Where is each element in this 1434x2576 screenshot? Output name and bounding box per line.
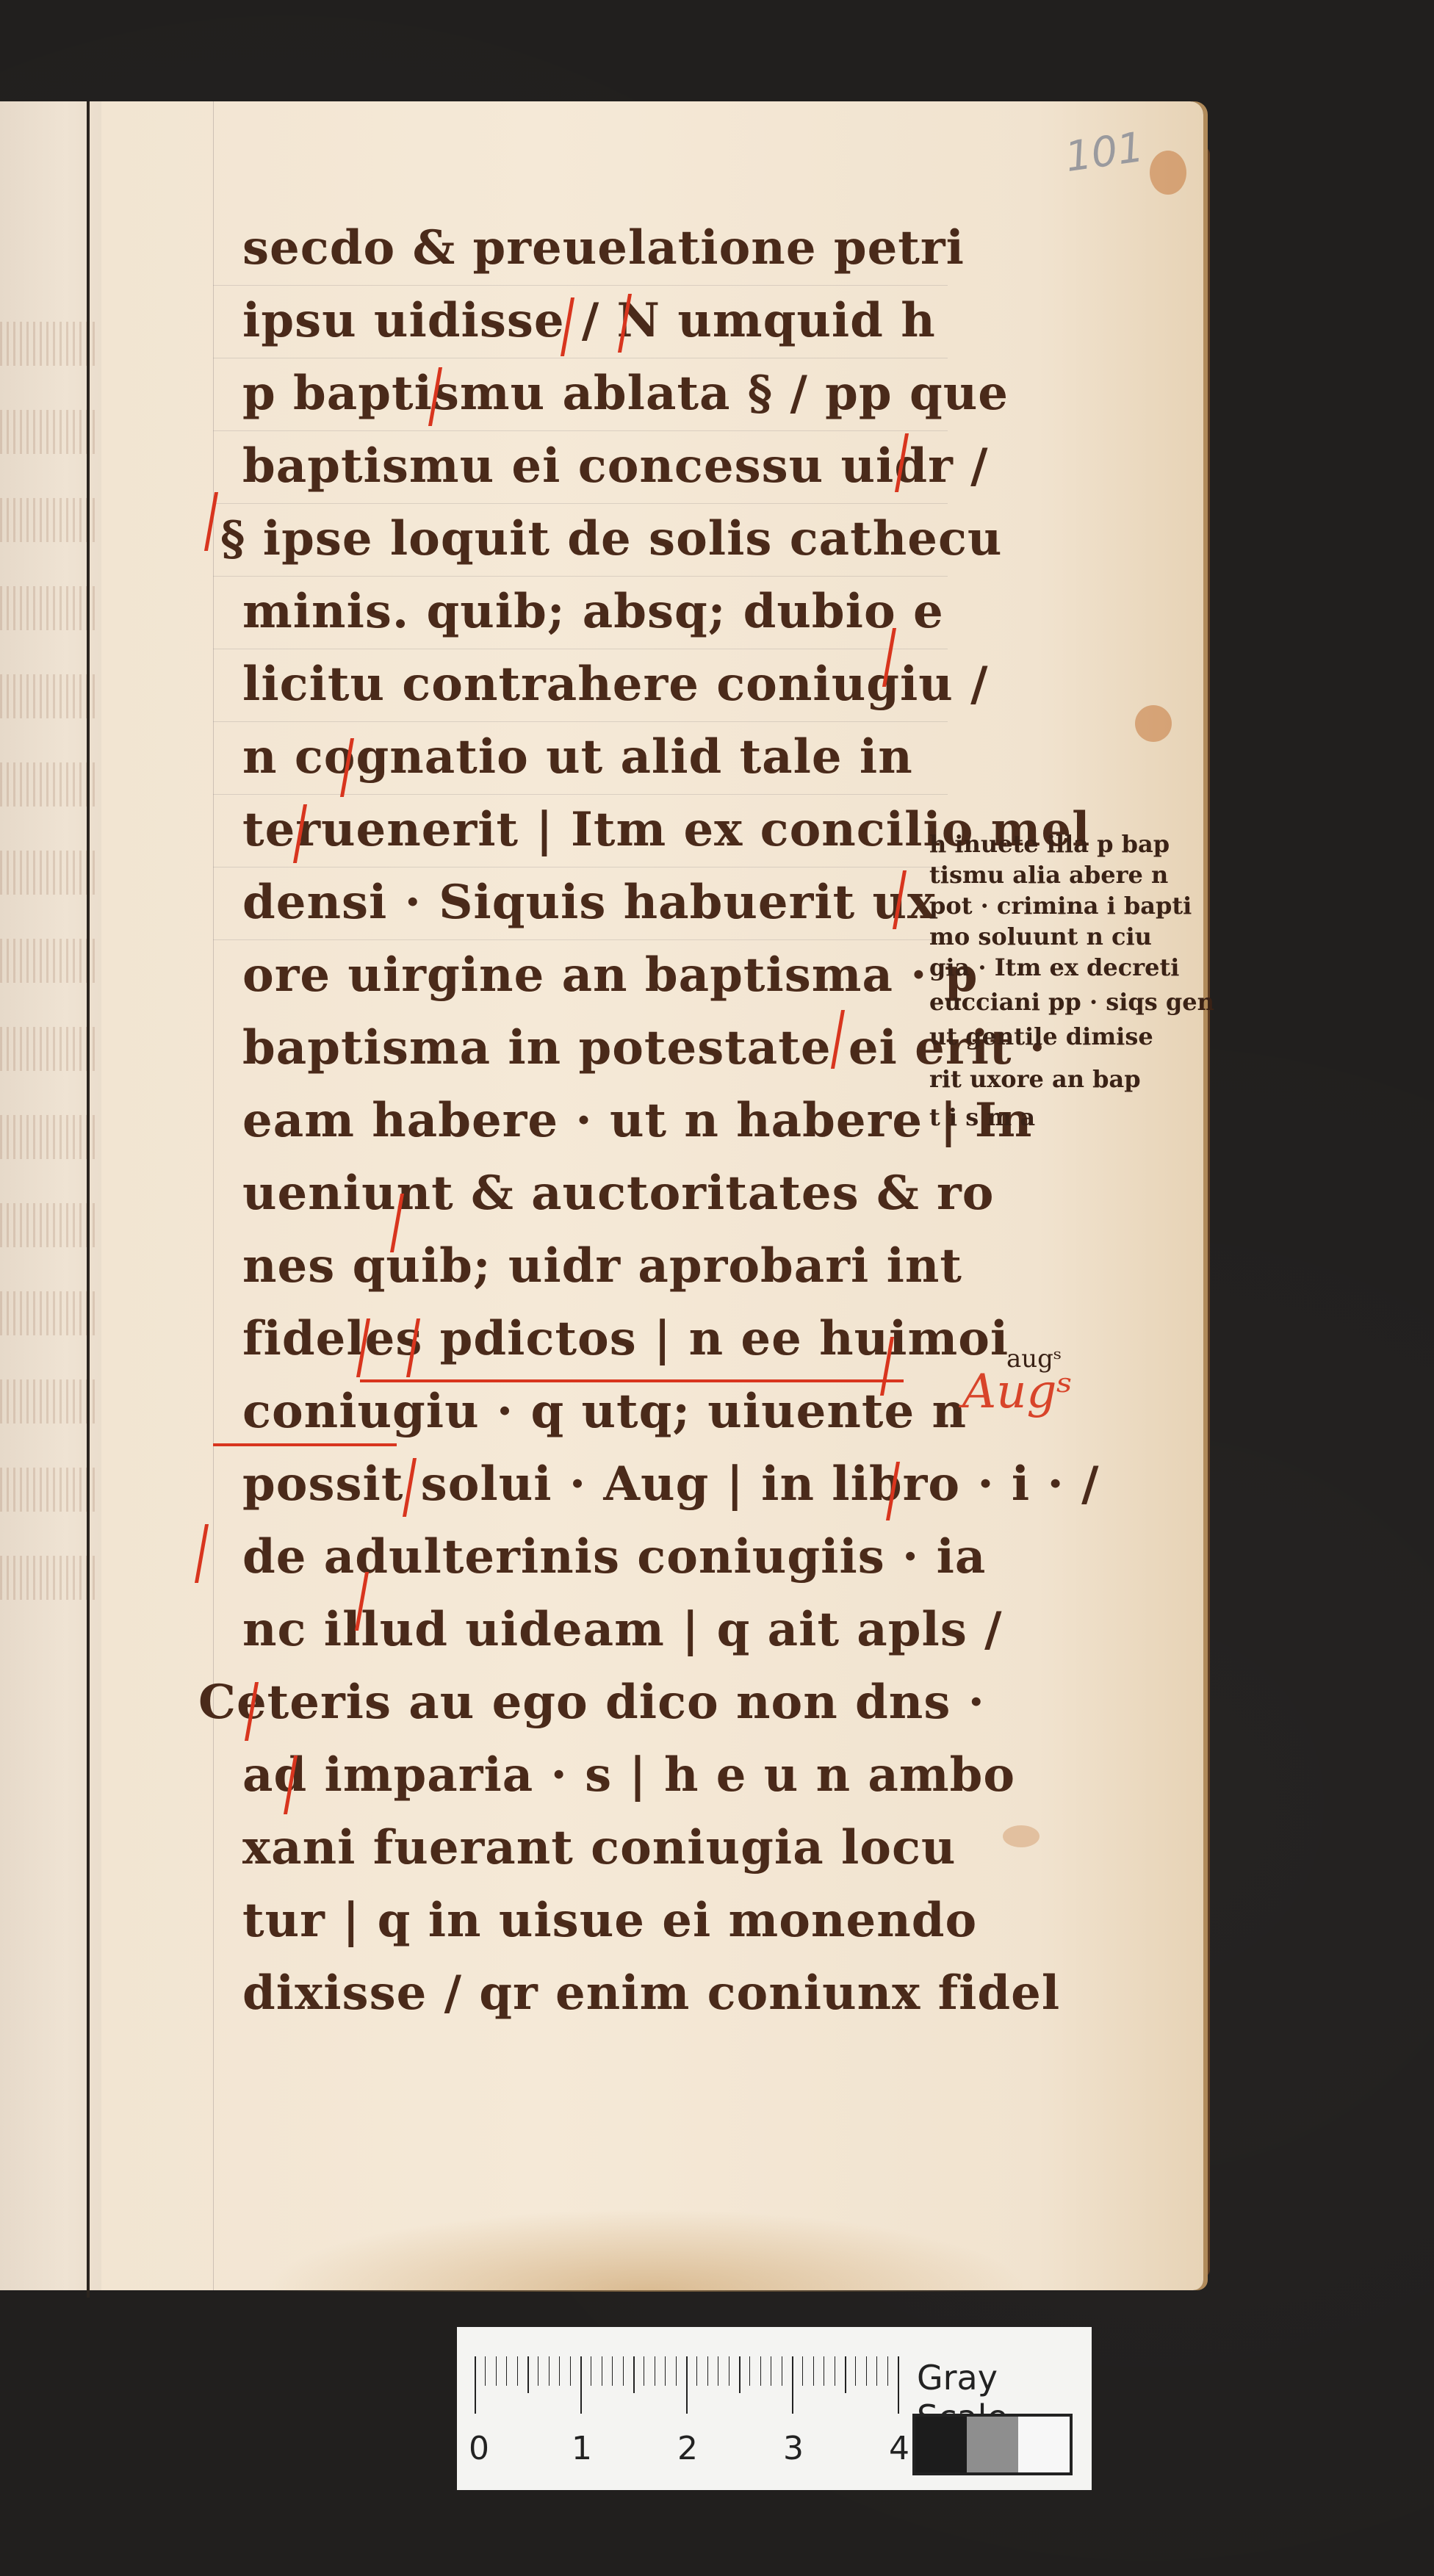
text-line: p baptismu ablata § / pp que	[242, 366, 1009, 432]
bleed-through-text	[0, 410, 96, 454]
ruler-tick-half	[633, 2356, 635, 2393]
text-line: baptismu ei concessu uidr /	[242, 439, 988, 505]
ruler-tick-minor	[485, 2356, 486, 2386]
ruler-tick-minor	[602, 2356, 602, 2386]
ruler-tick-minor	[876, 2356, 877, 2386]
text-line: Ceteris au ego dico non dns ·	[198, 1675, 985, 1741]
text-line: dixisse / qr enim coniunx fidel	[242, 1966, 1060, 2032]
text-line: nes quib; uidr aprobari int	[242, 1238, 962, 1305]
ruler-tick-minor	[570, 2356, 571, 2386]
ruler-label: 4	[889, 2430, 909, 2467]
ruler-tick-minor	[506, 2356, 507, 2386]
gloss-line: h inuete illa p bap	[929, 830, 1170, 858]
marginal-note-red: Augˢ	[962, 1365, 1073, 1419]
text-line: de adulterinis coniugiis · ia	[242, 1529, 986, 1595]
ruler-tick-minor	[707, 2356, 708, 2386]
gloss-line: gia · Itm ex decreti	[929, 953, 1179, 981]
text-line: ad imparia · s | h e u n ambo	[242, 1747, 1015, 1814]
bleed-through-text	[0, 1203, 96, 1247]
ruler-tick-minor	[824, 2356, 824, 2386]
stain-spot	[1135, 705, 1172, 742]
ruler-label: 2	[677, 2430, 698, 2467]
ruler-tick-major	[898, 2356, 899, 2414]
ruler-tick-minor	[538, 2356, 538, 2386]
rubric-underline	[213, 1443, 397, 1446]
text-line: ueniunt & auctoritates & ro	[242, 1166, 994, 1232]
ruler-tick-minor	[866, 2356, 867, 2386]
gloss-line: t i s m a	[929, 1103, 1035, 1131]
ruler-tick-minor	[855, 2356, 856, 2386]
text-line: xani fuerant coniugia locu	[242, 1820, 956, 1886]
text-line: § ipse loquit de solis cathecu	[220, 511, 1002, 577]
bleed-through-text	[0, 1468, 96, 1512]
ruler-tick-minor	[496, 2356, 497, 2386]
ruler-tick-minor	[655, 2356, 655, 2386]
ruler-tick-major	[580, 2356, 582, 2414]
text-line: licitu contrahere coniugiu /	[242, 657, 988, 723]
ruler-tick-minor	[591, 2356, 591, 2386]
bleed-through-text	[0, 1115, 96, 1159]
text-line: secdo & preuelatione petri	[242, 220, 965, 286]
ruler-tick-minor	[771, 2356, 771, 2386]
gloss-line: rit uxore an bap	[929, 1065, 1141, 1093]
ruler-tick-minor	[665, 2356, 666, 2386]
ruler-tick-minor	[729, 2356, 729, 2386]
text-line: eam habere · ut n habere | In	[242, 1093, 1032, 1159]
ruler-tick-half	[527, 2356, 529, 2393]
ruler-tick-minor	[623, 2356, 624, 2386]
ruler-label: 3	[783, 2430, 804, 2467]
text-line: ore uirgine an baptisma · p	[242, 948, 979, 1014]
ruler-tick-minor	[549, 2356, 550, 2386]
bleed-through-text	[0, 1291, 96, 1335]
ruler-tick-major	[475, 2356, 476, 2414]
bleed-through-text	[0, 1379, 96, 1424]
ruler-label: 0	[469, 2430, 489, 2467]
gloss-line: ut gentile dimise	[929, 1022, 1153, 1050]
water-stain	[103, 2145, 1190, 2292]
text-line: densi · Siquis habuerit ux	[242, 875, 936, 941]
stain-spot	[1150, 151, 1186, 195]
gloss-line: eucciani pp · siqs gen	[929, 988, 1214, 1016]
ruler-tick-minor	[676, 2356, 677, 2386]
text-line: coniugiu · q utq; uiuente n	[242, 1384, 967, 1450]
ruler-tick-major	[686, 2356, 688, 2414]
bleed-through-text	[0, 851, 96, 895]
ruler-tick-minor	[749, 2356, 750, 2386]
text-line: possit solui · Aug | in libro · i · /	[242, 1457, 1099, 1523]
swatch-black	[915, 2417, 967, 2472]
ruler-tick-minor	[835, 2356, 835, 2386]
text-line: ipsu uidisse / N umquid h	[242, 293, 936, 359]
gloss-line: mo soluunt n ciu	[929, 923, 1152, 950]
bleed-through-text	[0, 322, 96, 366]
bleed-through-text	[0, 674, 96, 718]
rubric-underline	[360, 1379, 904, 1382]
text-line: baptisma in potestate ei erit ·	[242, 1020, 1046, 1086]
gloss-line: pot · crimina i bapti	[929, 892, 1192, 920]
gray-scale-swatches	[912, 2414, 1073, 2475]
bleed-through-text	[0, 1027, 96, 1071]
scale-card: 0 1 2 3 4 Gray Scale	[457, 2327, 1092, 2490]
margin-rule-left	[213, 101, 214, 2290]
swatch-gray	[967, 2417, 1018, 2472]
text-line: minis. quib; absq; dubio e	[242, 584, 944, 650]
ruler-tick-half	[739, 2356, 741, 2393]
ruler-tick-minor	[782, 2356, 782, 2386]
bleed-through-text	[0, 498, 96, 542]
bleed-through-text	[0, 939, 96, 983]
text-line: nc illud uideam | q ait apls /	[242, 1602, 1003, 1668]
ruler-tick-half	[845, 2356, 846, 2393]
ruler-tick-minor	[802, 2356, 803, 2386]
ruler-tick-minor	[644, 2356, 644, 2386]
ruler-tick-minor	[612, 2356, 613, 2386]
ruler-label: 1	[572, 2430, 592, 2467]
ruler-tick-minor	[760, 2356, 761, 2386]
bleed-through-text	[0, 762, 96, 807]
stain-spot	[1003, 1825, 1040, 1847]
ruler-tick-major	[792, 2356, 793, 2414]
bleed-through-text	[0, 1556, 96, 1600]
ruler-tick-minor	[718, 2356, 718, 2386]
ruler-tick-minor	[696, 2356, 697, 2386]
gloss-line: tismu alia abere n	[929, 861, 1168, 889]
text-line: tur | q in uisue ei monendo	[242, 1893, 977, 1959]
ruler-tick-minor	[813, 2356, 814, 2386]
swatch-white	[1018, 2417, 1070, 2472]
bleed-through-text	[0, 586, 96, 630]
facing-page-left	[0, 101, 112, 2290]
gutter	[87, 101, 90, 2298]
ruler-tick-minor	[887, 2356, 888, 2386]
ruler: 0 1 2 3 4	[473, 2356, 929, 2452]
ruler-tick-minor	[517, 2356, 518, 2386]
ruler-tick-minor	[559, 2356, 560, 2386]
